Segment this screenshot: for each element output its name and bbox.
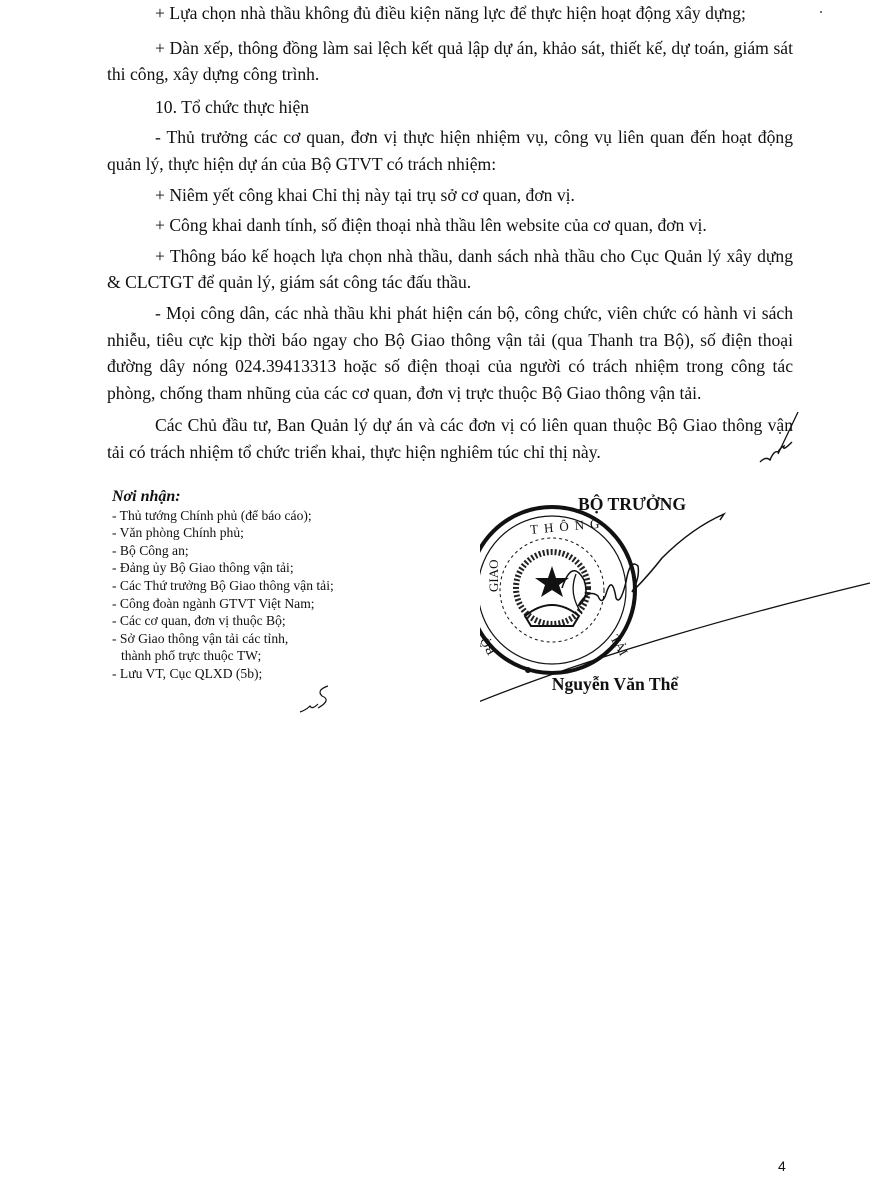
recipient-item: - Đảng ủy Bộ Giao thông vận tải; (112, 559, 412, 577)
signer-title: BỘ TRƯỞNG (532, 494, 732, 515)
recipient-item: - Sở Giao thông vận tải các tỉnh, (112, 630, 412, 648)
recipient-item: - Lưu VT, Cục QLXD (5b); (112, 665, 412, 683)
signature-block: THÔNG GIAO BỘ TẢI BỘ TRƯỞNG Nguyễn Văn T… (480, 488, 880, 728)
recipient-item: - Công đoàn ngành GTVT Việt Nam; (112, 595, 412, 613)
svg-text:THÔNG: THÔNG (529, 515, 606, 537)
recipient-item: - Bộ Công an; (112, 542, 412, 560)
recipient-item: - Các Thứ trưởng Bộ Giao thông vận tải; (112, 577, 412, 595)
recipient-item: - Thủ tướng Chính phủ (để báo cáo); (112, 507, 412, 525)
recipient-item-continuation: thành phố trực thuộc TW; (112, 647, 412, 665)
recipient-item: - Văn phòng Chính phủ; (112, 524, 412, 542)
svg-text:GIAO: GIAO (486, 560, 501, 593)
page-number: 4 (778, 1158, 786, 1174)
recipient-item: - Các cơ quan, đơn vị thuộc Bộ; (112, 612, 412, 630)
recipients-list: Nơi nhận: - Thủ tướng Chính phủ (để báo … (112, 488, 412, 683)
recipients-heading: Nơi nhận: (112, 488, 412, 506)
signer-name: Nguyễn Văn Thể (515, 674, 715, 695)
